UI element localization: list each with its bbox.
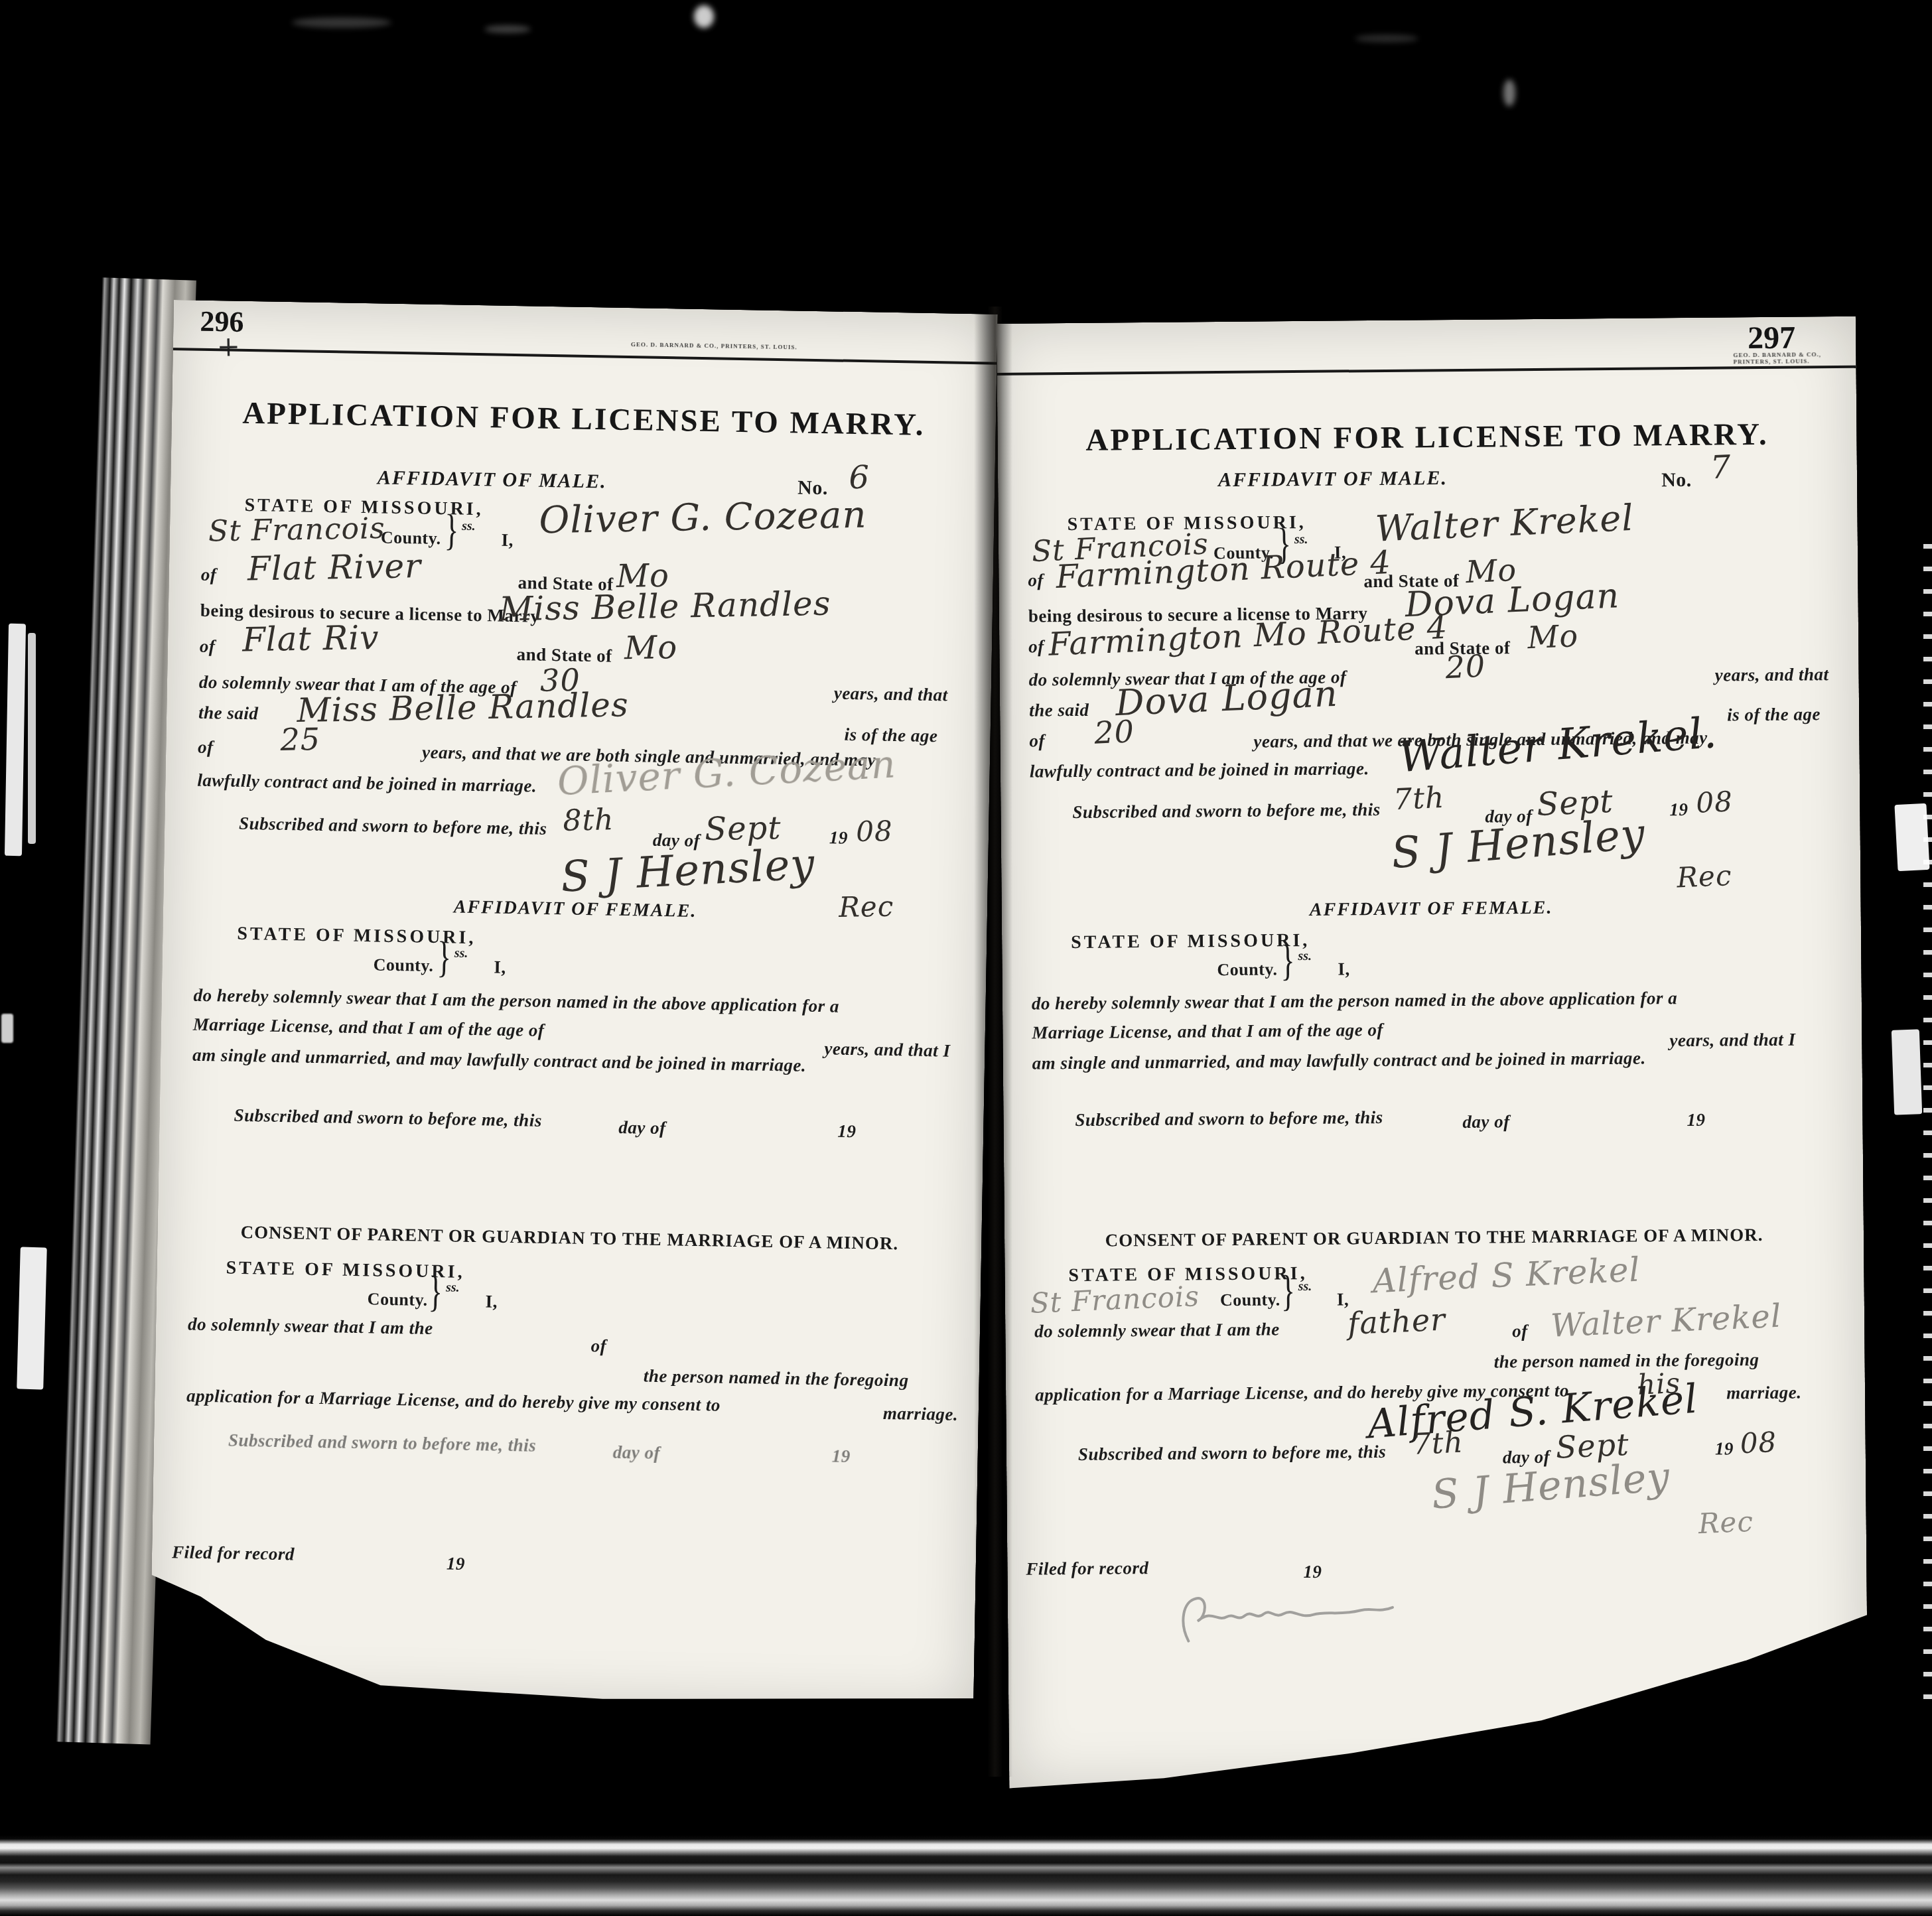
film-smudge [1355,34,1418,42]
county-handwritten: St Francois [208,512,386,549]
groom-age-handwritten: 20 [1444,648,1486,686]
book-page-296: 296 + GEO. D. BARNARD & CO., PRINTERS, S… [149,300,998,1715]
filed-for-record: Filed for record [1026,1558,1148,1580]
pencil-scrawl-illegible [1174,1580,1426,1649]
film-smudge [694,5,714,28]
nineteen-label: 19 [829,827,849,848]
officer-signature: S J Hensley [1430,1454,1672,1519]
form-title: APPLICATION FOR LICENSE TO MARRY. [172,394,997,445]
bride-residence-handwritten: Flat Riv [242,618,379,659]
subscribed-line: Subscribed and sworn to before me, this [1078,1442,1387,1465]
brace: } [437,931,451,983]
nineteen-label: 19 [837,1121,857,1142]
book-gutter-shadow [974,307,1012,1777]
day-of-label: day of [1462,1111,1510,1132]
film-smudge [484,25,531,33]
years-and-that: years, and that [1715,664,1829,685]
minor-name-handwritten: Walter Krekel [1550,1298,1782,1345]
sworn-day-handwritten: 8th [563,803,614,837]
female-license-line: Marriage License, and that I am of the a… [193,1014,545,1041]
subscribed-line: Subscribed and sworn to before me, this [239,813,547,839]
consent-heading: CONSENT OF PARENT OR GUARDIAN TO THE MAR… [1004,1224,1864,1252]
officer-title-handwritten: Rec [1698,1505,1754,1540]
film-smudge [1503,80,1515,106]
cross-mark: + [216,330,241,363]
sworn-year-handwritten: 08 [1695,785,1734,819]
bride-state-handwritten: Mo [1527,618,1579,655]
female-single-line: am single and unmarried, and may lawfull… [1032,1048,1646,1074]
officer-title-handwritten: Rec [1676,859,1732,894]
nineteen-label: 19 [1687,1110,1705,1130]
film-edge-clip [1,1014,13,1043]
marriage-word: marriage. [1726,1382,1802,1403]
of-label: of [1028,636,1044,657]
subscribed-line: Subscribed and sworn to before me, this [228,1430,537,1456]
groom-signature: Walter Krekel. [1397,709,1718,783]
of-label: of [1028,570,1044,590]
filed-for-record: Filed for record [172,1542,295,1564]
brace: } [428,1266,443,1317]
book-page-297: 297 GEO. D. BARNARD & CO., PRINTERS, ST.… [997,316,1868,1791]
consenter-name-handwritten: Alfred S Krekel [1371,1251,1641,1301]
subscribed-line: Subscribed and sworn to before me, this [1072,799,1381,823]
groom-name-handwritten: Oliver G. Cozean [539,494,867,543]
bride-age-handwritten: 20 [1093,713,1135,751]
header-rule [989,365,1883,376]
said-bride-name-handwritten: Dova Logan [1115,673,1339,724]
nineteen-label: 19 [1715,1438,1734,1459]
female-swear-line: do hereby solemnly swear that I am the p… [1032,988,1677,1014]
nineteen-label: 19 [447,1553,466,1574]
i-label: I, [501,530,514,551]
i-label: I, [494,957,506,978]
consent-heading: CONSENT OF PARENT OR GUARDIAN TO THE MAR… [157,1221,981,1256]
film-edge-tab [1892,1029,1922,1115]
bride-name-handwritten: Miss Belle Randles [499,584,831,629]
ss-label: ss. [454,946,468,961]
sworn-year-handwritten: 08 [1740,1426,1778,1460]
county-label: County. [1217,959,1277,980]
female-single-line: am single and unmarried, and may lawfull… [192,1045,806,1076]
female-swear-line: do hereby solemnly swear that I am the p… [193,985,839,1017]
ss-label: ss. [462,519,476,534]
consent-swear-line: do solemnly swear that I am the [188,1314,433,1339]
brace: } [444,504,458,555]
lawfully-line: lawfully contract and be joined in marri… [197,770,537,797]
county-label: County. [373,955,433,976]
of-label: of [200,636,216,657]
of-label: of [201,565,217,585]
female-license-line: Marriage License, and that I am of the a… [1032,1020,1383,1044]
officer-signature: S J Hensley [559,840,816,902]
film-smudge [292,17,391,28]
county-label: County. [381,527,441,549]
marriage-word: marriage. [883,1403,959,1425]
film-edge-clip [5,624,26,856]
film-bottom-bands [0,1835,1932,1916]
state-of-missouri: STATE OF MISSOURI, [1071,930,1310,953]
film-sprocket-dashes [1923,544,1932,1712]
of-label: of [198,737,214,758]
no-label: No. [1661,469,1692,492]
nineteen-label: 19 [1669,799,1688,820]
printer-imprint: GEO. D. BARNARD & CO., PRINTERS, ST. LOU… [631,341,797,350]
years-and-that: years, and that [834,683,948,705]
printer-imprint: GEO. D. BARNARD & CO., PRINTERS, ST. LOU… [1733,351,1856,366]
ss-label: ss. [1294,532,1308,547]
county-label: County. [1220,1290,1280,1310]
affidavit-male-heading: AFFIDAVIT OF MALE. [998,465,1668,494]
relationship-handwritten: father [1347,1302,1446,1341]
county-handwritten: St Francois [1030,1280,1200,1320]
bride-age-handwritten: 25 [280,721,320,758]
bride-state-handwritten: Mo [624,629,677,667]
ss-label: ss. [1298,1279,1312,1294]
the-said: the said [198,703,259,724]
day-of-label: day of [613,1442,661,1464]
i-label: I, [1338,959,1350,979]
county-label: County. [367,1289,427,1310]
brace: } [1280,1265,1295,1316]
is-of-the-age: is of the age [1727,704,1821,725]
nineteen-label: 19 [831,1446,851,1467]
of-label: of [1029,730,1045,751]
consent-app-line: application for a Marriage License, and … [186,1386,721,1416]
consent-swear-line: do solemnly swear that I am the [1034,1319,1280,1341]
said-bride-name-handwritten: Miss Belle Randles [297,685,629,730]
person-named-line: the person named in the foregoing [644,1366,909,1391]
sworn-day-handwritten: 7th [1393,781,1445,817]
years-and-that-i: years, and that I [1669,1030,1795,1052]
application-number: 7 [1710,448,1732,486]
brace: } [1280,935,1295,986]
microfilm-scan: 296 + GEO. D. BARNARD & CO., PRINTERS, S… [0,0,1932,1916]
affidavit-female-heading: AFFIDAVIT OF FEMALE. [1002,895,1861,924]
person-named-line: the person named in the foregoing [1494,1349,1759,1372]
years-and-that-i: years, and that I [824,1038,951,1061]
lawfully-line: lawfully contract and be joined in marri… [1030,758,1369,782]
ss-label: ss. [1298,949,1312,964]
ss-label: ss. [446,1280,460,1295]
of-label: of [590,1335,606,1356]
sworn-day-handwritten: 7th [1412,1426,1464,1462]
header-rule [165,348,1022,366]
application-number: 6 [849,459,870,497]
sworn-year-handwritten: 08 [856,815,893,848]
affidavit-male-heading: AFFIDAVIT OF MALE. [171,463,813,497]
day-of-label: day of [618,1117,666,1138]
film-edge-clip [28,633,36,844]
subscribed-line: Subscribed and sworn to before me, this [1075,1107,1383,1130]
nineteen-label: 19 [1303,1562,1322,1582]
film-edge-clip [17,1247,47,1390]
officer-signature: S J Hensley [1390,809,1647,878]
groom-name-handwritten: Walter Krekel [1374,497,1634,550]
subscribed-line: Subscribed and sworn to before me, this [234,1105,542,1131]
of-label: of [1512,1321,1528,1341]
i-label: I, [485,1291,498,1312]
the-said: the said [1029,700,1089,721]
groom-residence-handwritten: Flat River [247,547,422,588]
